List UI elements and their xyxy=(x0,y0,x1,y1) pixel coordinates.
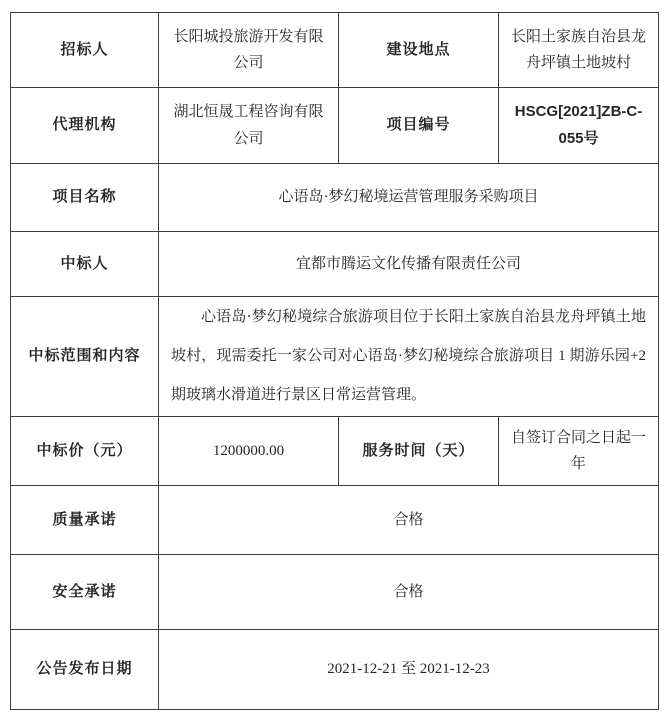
quality-commitment-label: 质量承诺 xyxy=(11,486,159,555)
table-row-price: 中标价（元） 1200000.00 服务时间（天） 自签订合同之日起一年 xyxy=(11,417,659,486)
table-row-agency: 代理机构 湖北恒晟工程咨询有限公司 项目编号 HSCG[2021]ZB-C-05… xyxy=(11,88,659,164)
project-number-value: HSCG[2021]ZB-C-055号 xyxy=(499,88,659,164)
project-name-label: 项目名称 xyxy=(11,164,159,232)
scope-value: 心语岛·梦幻秘境综合旅游项目位于长阳土家族自治县龙舟坪镇土地坡村，现需委托一家公… xyxy=(159,297,659,417)
table-row-scope: 中标范围和内容 心语岛·梦幻秘境综合旅游项目位于长阳土家族自治县龙舟坪镇土地坡村… xyxy=(11,297,659,417)
winner-value: 宜都市腾运文化传播有限责任公司 xyxy=(159,232,659,297)
construction-site-label: 建设地点 xyxy=(339,13,499,88)
tenderer-value: 长阳城投旅游开发有限公司 xyxy=(159,13,339,88)
tenderer-label: 招标人 xyxy=(11,13,159,88)
project-name-value: 心语岛·梦幻秘境运营管理服务采购项目 xyxy=(159,164,659,232)
table-row-winner: 中标人 宜都市腾运文化传播有限责任公司 xyxy=(11,232,659,297)
agency-label: 代理机构 xyxy=(11,88,159,164)
table-row-quality: 质量承诺 合格 xyxy=(11,486,659,555)
table-row-project-name: 项目名称 心语岛·梦幻秘境运营管理服务采购项目 xyxy=(11,164,659,232)
service-time-label: 服务时间（天） xyxy=(339,417,499,486)
publish-date-value: 2021-12-21 至 2021-12-23 xyxy=(159,630,659,710)
safety-commitment-label: 安全承诺 xyxy=(11,555,159,630)
winning-price-label: 中标价（元） xyxy=(11,417,159,486)
announcement-page: 招标人 长阳城投旅游开发有限公司 建设地点 长阳土家族自治县龙舟坪镇土地坡村 代… xyxy=(0,0,666,714)
winner-label: 中标人 xyxy=(11,232,159,297)
table-row-safety: 安全承诺 合格 xyxy=(11,555,659,630)
bid-result-table: 招标人 长阳城投旅游开发有限公司 建设地点 长阳土家族自治县龙舟坪镇土地坡村 代… xyxy=(10,12,659,710)
scope-label: 中标范围和内容 xyxy=(11,297,159,417)
project-number-label: 项目编号 xyxy=(339,88,499,164)
quality-commitment-value: 合格 xyxy=(159,486,659,555)
publish-date-label: 公告发布日期 xyxy=(11,630,159,710)
agency-value: 湖北恒晟工程咨询有限公司 xyxy=(159,88,339,164)
safety-commitment-value: 合格 xyxy=(159,555,659,630)
table-row-publish-date: 公告发布日期 2021-12-21 至 2021-12-23 xyxy=(11,630,659,710)
construction-site-value: 长阳土家族自治县龙舟坪镇土地坡村 xyxy=(499,13,659,88)
table-row-tenderer: 招标人 长阳城投旅游开发有限公司 建设地点 长阳土家族自治县龙舟坪镇土地坡村 xyxy=(11,13,659,88)
winning-price-value: 1200000.00 xyxy=(159,417,339,486)
service-time-value: 自签订合同之日起一年 xyxy=(499,417,659,486)
